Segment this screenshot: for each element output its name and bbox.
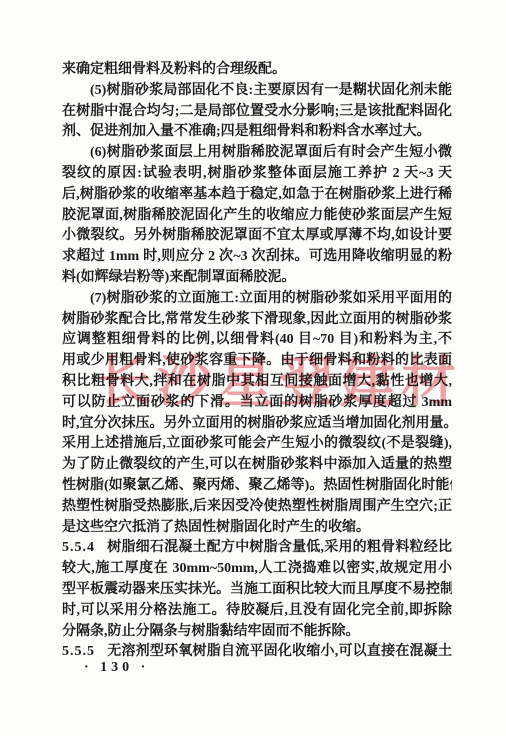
section-number: 5.5.4 <box>62 540 95 555</box>
page-number: · 130 · <box>84 660 149 676</box>
text-line: 在树脂中混合均匀;二是局部位置受水分影响;三是该批配料固化 <box>62 102 452 123</box>
text-line: 来确定粗细骨料及粉料的合理级配。 <box>62 60 452 81</box>
text-line: 采用上述措施后,立面砂浆可能会产生短小的微裂纹(不是裂缝), <box>62 434 452 455</box>
text-line: 时,宜分次抹压。另外立面用的树脂砂浆应适当增加固化剂用量。 <box>62 414 452 435</box>
text-line: 应调整粗细骨料的比例,以细骨料(40 目~70 目)和粉料为主,不 <box>62 330 452 351</box>
text-line: 裂纹的原因:试验表明,树脂砂浆整体面层施工养护 2 天~3 天 <box>62 164 452 185</box>
text-line: 剂、促进剂加入量不准确;四是粗细骨料和粉料含水率过大。 <box>62 122 452 143</box>
text-line: (7)树脂砂浆的立面施工:立面用的树脂砂浆如采用平面用的 <box>62 289 452 310</box>
section-line-5-5-4: 5.5.4树脂细石混凝土配方中树脂含量低,采用的粗骨料粒经比 <box>62 538 452 559</box>
text-line: 时,可以采用分格法施工。待胶凝后,且没有固化完全前,即拆除 <box>62 601 452 622</box>
text-line: 用或少用粗骨料,使砂浆容重下降。由于细骨料和粉料的比表面 <box>62 351 452 372</box>
body-text-block: 来确定粗细骨料及粉料的合理级配。 (5)树脂砂浆局部固化不良:主要原因有一是糊状… <box>62 60 452 663</box>
scanned-book-page: 长沙星翌建材 来确定粗细骨料及粉料的合理级配。 (5)树脂砂浆局部固化不良:主要… <box>0 0 506 736</box>
text-line: 可以防止立面砂浆的下滑。当立面的树脂砂浆厚度超过 3mm <box>62 393 452 414</box>
text-line: 是这些空穴抵消了热固性树脂固化时产生的收缩。 <box>62 518 452 539</box>
section-text: 无溶剂型环氧树脂自流平固化收缩小,可以直接在混凝土 <box>107 644 452 659</box>
text-line: 分隔条,防止分隔条与树脂黏结牢固而不能拆除。 <box>62 622 452 643</box>
text-line: 胶泥罩面,树脂稀胶泥固化产生的收缩应力能使砂浆面层产生短 <box>62 206 452 227</box>
text-line: 求超过 1mm 时,则应分 2 次~3 次刮抹。可选用降收缩明显的粉 <box>62 247 452 268</box>
text-line: 树脂砂浆配合比,常常发生砂浆下滑现象,因此立面用的树脂砂浆 <box>62 310 452 331</box>
text-line: (6)树脂砂浆面层上用树脂稀胶泥罩面后有时会产生短小微 <box>62 143 452 164</box>
section-number: 5.5.5 <box>62 644 95 659</box>
text-line: 积比粗骨料大,拌和在树脂中其相互间接触面增大,黏性也增大, <box>62 372 452 393</box>
text-line: 较大,施工厚度在 30mm~50mm,人工浇捣难以密实,故规定用小 <box>62 559 452 580</box>
text-line: 热塑性树脂受热膨胀,后来因受冷使热塑性树脂周围产生空穴;正 <box>62 497 452 518</box>
section-text: 树脂细石混凝土配方中树脂含量低,采用的粗骨料粒经比 <box>107 540 452 555</box>
text-line: 性树脂(如聚氯乙烯、聚丙烯、聚乙烯等)。热固性树脂固化时能使 <box>62 476 452 497</box>
text-line: 小微裂纹。另外树脂稀胶泥罩面不宜太厚或厚薄不均,如设计要 <box>62 226 452 247</box>
text-line: (5)树脂砂浆局部固化不良:主要原因有一是糊状固化剂未能 <box>62 81 452 102</box>
text-line: 型平板震动器来压实抹光。当施工面积比较大而且厚度不易控制 <box>62 580 452 601</box>
text-line: 后,树脂砂浆的收缩率基本趋于稳定,如急于在树脂砂浆上进行稀 <box>62 185 452 206</box>
text-line: 为了防止微裂纹的产生,可以在树脂砂浆料中添加入适量的热塑 <box>62 455 452 476</box>
text-line: 料(如辉绿岩粉等)来配制罩面稀胶泥。 <box>62 268 452 289</box>
